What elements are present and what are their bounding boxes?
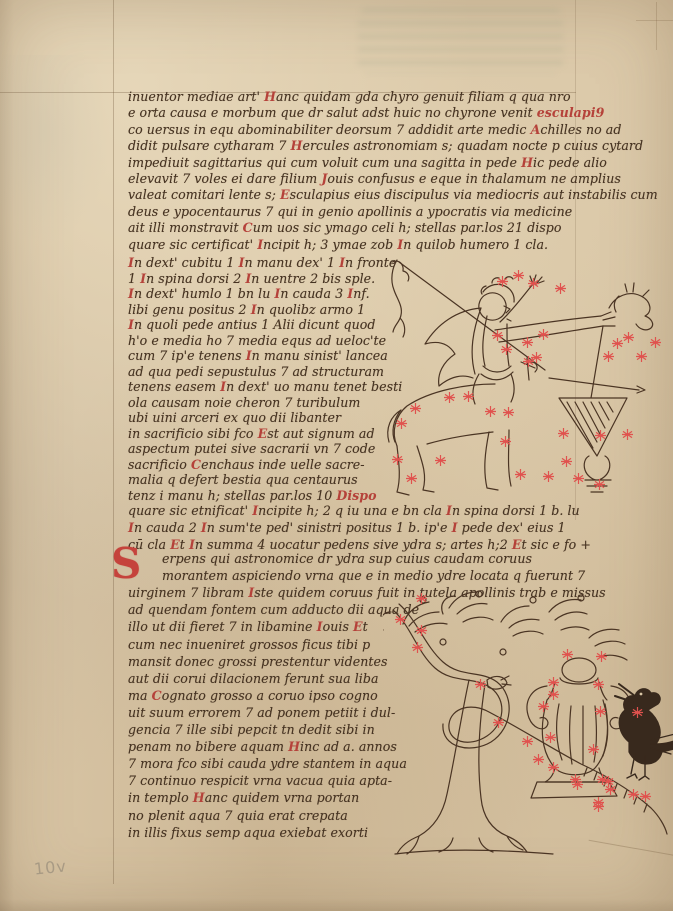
star-marker-hydra xyxy=(628,785,639,796)
star-marker-centaur xyxy=(396,414,407,425)
star-marker-centaur xyxy=(463,387,474,398)
star-marker-hydra xyxy=(533,750,544,761)
manuscript-line-star-catalog: in sacrificio sibi fco Est aut signum ad xyxy=(128,427,375,441)
rod xyxy=(549,378,645,393)
manuscript-line-star-catalog: aspectum putei sive sacrarii vn 7 code xyxy=(128,442,375,456)
star-marker-centaur xyxy=(531,348,542,359)
raised-arm xyxy=(500,275,544,322)
manuscript-line-hydra-catalog: In cauda 2 In sum'te ped' sinistri posit… xyxy=(128,521,566,535)
star-marker-centaur xyxy=(543,467,554,478)
crow xyxy=(615,684,673,780)
parchment-discoloration xyxy=(0,55,112,245)
star-marker-centaur xyxy=(485,402,496,413)
torso xyxy=(481,316,513,380)
manuscript-page: inuentor mediae art' Hanc quidam gda chy… xyxy=(0,0,673,911)
held-beast xyxy=(609,283,653,330)
manuscript-line-star-catalog: ola causam noie cheron 7 turibulum xyxy=(128,396,360,410)
manuscript-line-intro-paragraph: inuentor mediae art' Hanc quidam gda chy… xyxy=(128,90,571,104)
corner-cross-mark-horizontal xyxy=(636,20,673,21)
thurible-pennant xyxy=(559,326,627,456)
manuscript-line-serpens-paragraph: erpens qui astronomice dr ydra sup cuius… xyxy=(162,552,532,566)
head-curls xyxy=(481,277,514,302)
manuscript-line-intro-paragraph: ait illi monstravit Cum uos sic ymago ce… xyxy=(128,221,562,235)
corner-cross-mark-vertical xyxy=(656,2,657,50)
star-marker-hydra xyxy=(562,645,573,656)
serpent-body xyxy=(393,610,667,834)
star-marker-centaur xyxy=(528,274,539,285)
star-marker-centaur xyxy=(573,469,584,480)
star-marker-hydra xyxy=(640,787,651,798)
manuscript-line-serpens-paragraph: illo ut dii fieret 7 in libamine Iouis E… xyxy=(128,620,368,634)
star-marker-centaur xyxy=(515,465,526,476)
face-profile xyxy=(504,306,511,321)
front-legs xyxy=(485,430,511,490)
manuscript-line-serpens-paragraph: ma Cognato grosso a coruo ipso cogno xyxy=(128,689,378,703)
manuscript-line-serpens-paragraph: 7 mora fco sibi cauda ydre stantem in aq… xyxy=(128,757,407,771)
tree-trunk xyxy=(419,680,507,836)
star-marker-centaur xyxy=(522,333,533,344)
serpent-head xyxy=(487,676,511,689)
thurible-urn xyxy=(584,456,611,492)
star-marker-centaur xyxy=(555,279,566,290)
folio-number: 10v xyxy=(33,856,68,878)
star-marker-hydra xyxy=(493,713,504,724)
star-marker-centaur xyxy=(444,388,455,399)
star-marker-centaur xyxy=(513,266,524,277)
manuscript-line-serpens-paragraph: penam no bibere aquam Hinc ad a. annos xyxy=(128,740,397,754)
parchment-crease xyxy=(589,840,673,857)
manuscript-line-serpens-paragraph: aut dii corui dilacionem ferunt sua liba xyxy=(128,672,379,686)
star-marker-hydra xyxy=(593,797,604,808)
manuscript-line-intro-paragraph: e orta causa e morbum que dr salut adst … xyxy=(128,106,604,120)
manuscript-line-serpens-paragraph: gencia 7 ille sibi pepcit tn dedit sibi … xyxy=(128,723,375,737)
manuscript-line-serpens-paragraph: uit suum errorem 7 ad ponem petiit i dul… xyxy=(128,706,395,720)
star-marker-hydra xyxy=(548,673,559,684)
manuscript-line-star-catalog: malia q defert bestia qua centaurus xyxy=(128,473,358,487)
star-marker-hydra xyxy=(412,638,423,649)
star-marker-centaur xyxy=(595,426,606,437)
extended-arm xyxy=(495,316,603,342)
star-marker-hydra xyxy=(548,758,559,769)
star-marker-hydra xyxy=(538,697,549,708)
star-marker-hydra xyxy=(475,675,486,686)
star-marker-hydra xyxy=(593,793,604,804)
star-marker-centaur xyxy=(492,326,503,337)
centaur-constellation-drawing xyxy=(383,250,668,502)
manuscript-line-hydra-catalog: quare sic etnificat' Incipite h; 2 q iu … xyxy=(128,504,580,518)
star-marker-hydra xyxy=(548,685,559,696)
manuscript-line-star-catalog: In dext' cubitu 1 In manu dex' 1 In fron… xyxy=(128,256,396,270)
serpent-tail-scales xyxy=(584,768,647,812)
manuscript-line-serpens-paragraph: cum nec inueniret grossos ficus tibi p xyxy=(128,638,370,652)
star-marker-hydra xyxy=(605,780,616,791)
star-marker-centaur xyxy=(538,325,549,336)
manuscript-line-serpens-paragraph: mansit donec grossi prestentur videntes xyxy=(128,655,388,669)
star-marker-centaur xyxy=(612,334,623,345)
manuscript-line-intro-paragraph: elevavit 7 voles ei dare filium Jouis co… xyxy=(128,172,621,186)
manuscript-line-star-catalog: tenz i manu h; stellas par.los 10 Dispo xyxy=(128,489,377,503)
star-marker-hydra xyxy=(416,621,427,632)
hanging-hare xyxy=(392,260,409,337)
manuscript-line-serpens-paragraph: ad quendam fontem cum adducto dii aqua d… xyxy=(128,603,419,617)
rubricated-drop-cap: S xyxy=(111,544,141,584)
sword xyxy=(521,358,537,380)
star-marker-centaur xyxy=(406,469,417,480)
ruling-line-vertical-left xyxy=(113,0,114,884)
manuscript-line-star-catalog: 1 In spina dorsi 2 In uentre 2 bis sple. xyxy=(128,272,375,286)
star-marker-hydra xyxy=(596,647,607,658)
tree-roots xyxy=(397,836,527,854)
star-marker-centaur xyxy=(594,475,605,486)
manuscript-line-star-catalog: libi genu positus 2 In quolibz armo 1 xyxy=(128,303,365,317)
star-marker-centaur xyxy=(392,450,403,461)
star-marker-hydra xyxy=(570,770,581,781)
star-marker-centaur xyxy=(501,340,512,351)
star-marker-hydra xyxy=(588,740,599,751)
manuscript-line-intro-paragraph: quare sic certificat' Incipit h; 3 ymae … xyxy=(128,238,548,252)
star-marker-hydra xyxy=(522,732,533,743)
manuscript-line-star-catalog: ubi uini arceri ex quo dii libanter xyxy=(128,411,341,425)
ink-bleed-through-patch xyxy=(358,8,563,74)
star-marker-centaur xyxy=(650,333,661,344)
star-marker-hydra xyxy=(595,702,606,713)
star-marker-centaur xyxy=(603,347,614,358)
manuscript-line-serpens-paragraph: in templo Hanc quidem vrna portan xyxy=(128,791,359,805)
star-marker-hydra xyxy=(593,675,604,686)
star-marker-centaur xyxy=(622,425,633,436)
manuscript-line-serpens-paragraph: no plenit aqua 7 quia erat crepata xyxy=(128,809,348,823)
star-marker-centaur xyxy=(561,452,572,463)
manuscript-line-star-catalog: tenens easem In dext' uo manu tenet best… xyxy=(128,380,402,394)
foliage xyxy=(383,591,627,660)
manuscript-line-star-catalog: In dext' humlo 1 bn lu In cauda 3 Inf. xyxy=(128,287,370,301)
star-marker-centaur xyxy=(623,328,634,339)
star-marker-hydra xyxy=(632,703,643,714)
star-marker-centaur xyxy=(500,432,511,443)
manuscript-line-serpens-paragraph: uirginem 7 libram Iste quidem coruus fui… xyxy=(128,586,606,600)
manuscript-line-serpens-paragraph: 7 continuo respicit vrna vacua quia apta… xyxy=(128,774,392,788)
manuscript-line-serpens-paragraph: morantem aspiciendo vrna que e in medio … xyxy=(162,569,585,583)
manuscript-line-intro-paragraph: co uersus in equ abominabiliter deorsum … xyxy=(128,123,621,137)
manuscript-line-intro-paragraph: didit pulsare cytharam 7 Hercules astron… xyxy=(128,139,643,153)
star-marker-hydra xyxy=(545,728,556,739)
star-marker-centaur xyxy=(410,399,421,410)
spear xyxy=(399,262,545,370)
manuscript-line-star-catalog: In quoli pede antius 1 Alii dicunt quod xyxy=(128,318,376,332)
crater-urn xyxy=(527,658,631,798)
manuscript-line-hydra-catalog: cū cla Et In summa 4 uocatur pedens sive… xyxy=(128,538,591,552)
cloak xyxy=(425,308,481,386)
manuscript-line-star-catalog: sacrificio Cenchaus inde uelle sacre- xyxy=(128,458,365,472)
rear-legs xyxy=(397,446,434,495)
horse-back xyxy=(394,384,495,446)
ground-line xyxy=(395,850,553,854)
star-marker-centaur xyxy=(558,424,569,435)
star-marker-hydra xyxy=(603,772,614,783)
serpent-body-edge xyxy=(399,604,509,748)
manuscript-line-star-catalog: ad qua pedi sepustulus 7 ad structuram xyxy=(128,365,384,379)
manuscript-line-intro-paragraph: valeat comitari lente s; Esculapius eius… xyxy=(128,188,658,202)
manuscript-line-intro-paragraph: impediuit sagittarius qui cum voluit cum… xyxy=(128,156,607,170)
star-marker-centaur xyxy=(435,451,446,462)
manuscript-line-star-catalog: h'o e media ho 7 media equs ad ueloc'te xyxy=(128,334,386,348)
star-marker-centaur xyxy=(497,272,508,283)
star-marker-centaur xyxy=(636,347,647,358)
star-marker-hydra xyxy=(597,770,608,781)
manuscript-line-intro-paragraph: deus e ypocentaurus 7 qui in genio apoll… xyxy=(128,205,572,219)
star-marker-hydra xyxy=(572,775,583,786)
star-marker-centaur xyxy=(523,352,534,363)
horse-belly xyxy=(427,432,493,444)
manuscript-line-star-catalog: cum 7 ip'e tenens In manu sinist' lancea xyxy=(128,349,388,363)
tail xyxy=(388,410,401,442)
hydra-tree-urn-crow-drawing xyxy=(383,582,673,862)
ruling-line-vertical-right xyxy=(575,0,576,520)
star-marker-centaur xyxy=(503,403,514,414)
manuscript-line-serpens-paragraph: in illis fixus semp aqua exiebat exorti xyxy=(128,826,368,840)
